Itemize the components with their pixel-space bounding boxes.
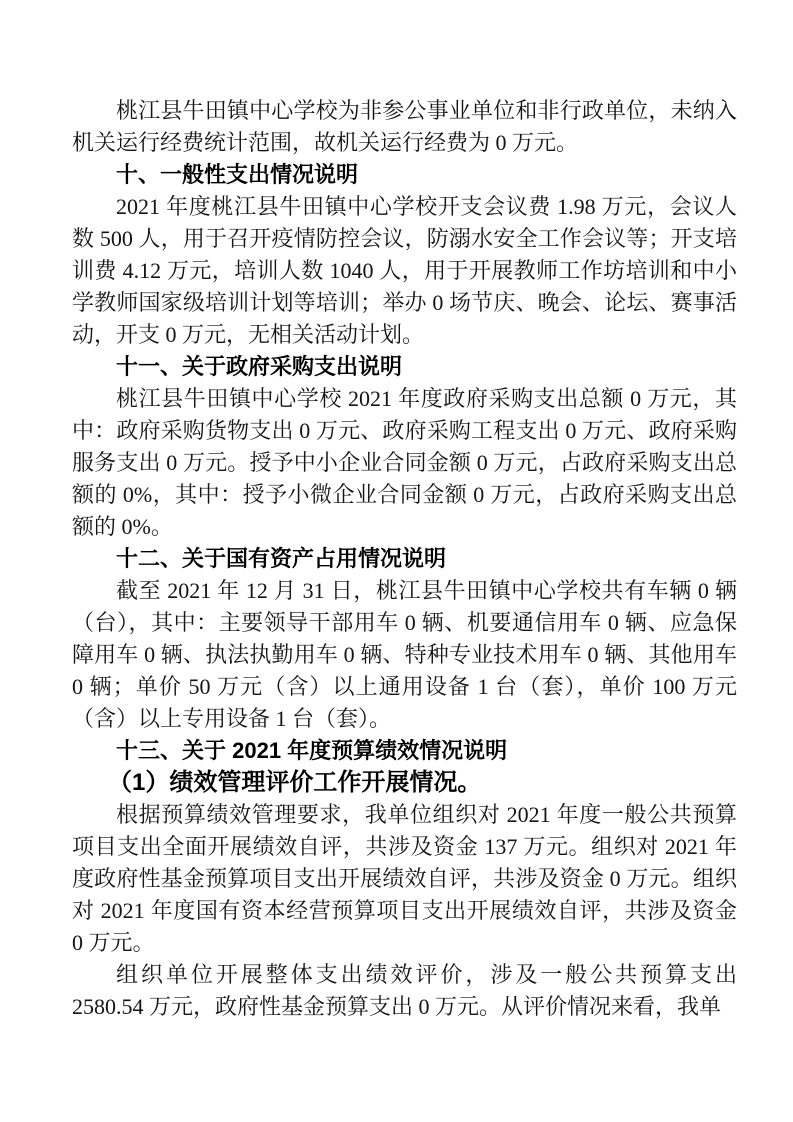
paragraph-overall-performance-evaluation-truncated: 组织单位开展整体支出绩效评价，涉及一般公共预算支出 2580.54 万元，政府性… xyxy=(72,959,737,1023)
paragraph-general-expenditure-detail: 2021 年度桃江县牛田镇中心学校开支会议费 1.98 万元，会议人数 500 … xyxy=(72,191,737,351)
paragraph-state-assets-detail: 截至 2021 年 12 月 31 日，桃江县牛田镇中心学校共有车辆 0 辆（台… xyxy=(72,575,737,735)
heading-section-10-general-expenditure: 十、一般性支出情况说明 xyxy=(72,159,737,191)
heading-section-11-gov-procurement: 十一、关于政府采购支出说明 xyxy=(72,351,737,383)
subheading-performance-evaluation-work: （1）绩效管理评价工作开展情况。 xyxy=(72,767,737,799)
paragraph-gov-procurement-detail: 桃江县牛田镇中心学校 2021 年度政府采购支出总额 0 万元，其中：政府采购货… xyxy=(72,383,737,543)
heading-section-12-state-assets: 十二、关于国有资产占用情况说明 xyxy=(72,543,737,575)
paragraph-agency-operating-cost: 桃江县牛田镇中心学校为非参公事业单位和非行政单位，未纳入机关运行经费统计范围，故… xyxy=(72,95,737,159)
paragraph-performance-self-evaluation: 根据预算绩效管理要求，我单位组织对 2021 年度一般公共预算项目支出全面开展绩… xyxy=(72,799,737,959)
heading-section-13-budget-performance: 十三、关于 2021 年度预算绩效情况说明 xyxy=(72,735,737,767)
document-page: 桃江县牛田镇中心学校为非参公事业单位和非行政单位，未纳入机关运行经费统计范围，故… xyxy=(0,0,793,1122)
